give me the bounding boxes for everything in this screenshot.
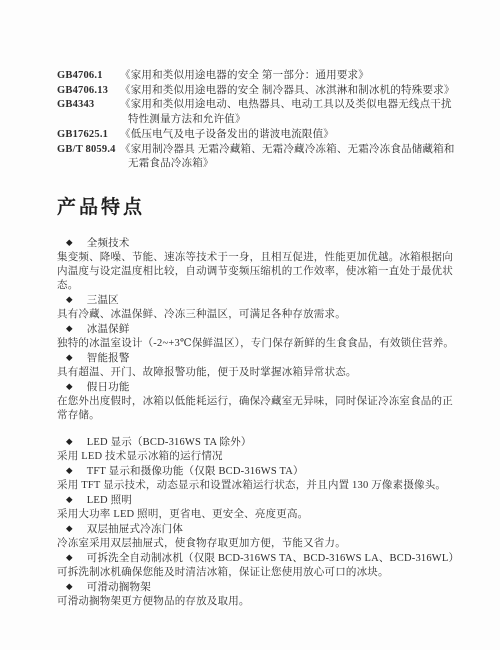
- standard-row: GB4706.1 《家用和类似用途电器的安全 第一部分：通用要求》: [57, 69, 462, 84]
- feature-title: 智能报警: [87, 352, 130, 366]
- feature-heading: ◆ LED 显示（BCD-316WS TA 除外）: [57, 435, 462, 450]
- standard-title: 《低压电气及电子设备发出的谐波电流限值》: [120, 128, 462, 143]
- feature-description: 采用 LED 技术显示冰箱的运行情况: [57, 450, 462, 464]
- feature-item: ◆ 双层抽屉式冷冻门体 冷冻室采用双层抽屉式，使食物存取更加方便，节能又省力。: [57, 522, 462, 551]
- standards-list: GB4706.1 《家用和类似用途电器的安全 第一部分：通用要求》 GB4706…: [57, 69, 462, 172]
- feature-description: 具有冷藏、冰温保鲜、冷冻三种温区，可满足各种存放需求。: [57, 308, 462, 322]
- feature-item: ◆ 可拆洗全自动制冰机（仅限 BCD-316WS TA、BCD-316WS LA…: [57, 551, 462, 580]
- feature-title: 假日功能: [87, 381, 130, 395]
- section-title: 产品特点: [57, 197, 462, 219]
- standard-title: 《家用和类似用途电器的安全 制冷器具、冰淇淋和制冰机的特殊要求》: [120, 84, 462, 99]
- standard-code: GB17625.1: [57, 128, 120, 143]
- feature-heading: ◆ 全频技术: [57, 236, 462, 251]
- feature-heading: ◆ 假日功能: [57, 380, 462, 395]
- standard-code: GB/T 8059.4: [57, 143, 120, 158]
- diamond-bullet-icon: ◆: [66, 579, 73, 593]
- feature-item: ◆ 智能报警 具有超温、开门、故障报警功能，便于及时掌握冰箱异常状态。: [57, 351, 462, 380]
- feature-description: 具有超温、开门、故障报警功能，便于及时掌握冰箱异常状态。: [57, 366, 462, 380]
- standard-row: GB4343 《家用和类似用途电动、电热器具、电动工具以及类似电器无线点干扰特性…: [57, 98, 462, 127]
- standard-code: GB4706.13: [57, 84, 120, 99]
- feature-heading: ◆ 双层抽屉式冷冻门体: [57, 522, 462, 537]
- feature-description: 采用大功率 LED 照明，更省电、更安全、亮度更高。: [57, 508, 462, 522]
- manual-page: GB4706.1 《家用和类似用途电器的安全 第一部分：通用要求》 GB4706…: [0, 0, 500, 650]
- feature-heading: ◆ TFT 显示和摄像功能（仅限 BCD-316WS TA）: [57, 464, 462, 479]
- diamond-bullet-icon: ◆: [66, 434, 73, 448]
- feature-item: ◆ 全频技术 集变频、降噪、节能、速冻等技术于一身，且相互促进，性能更加优越。冰…: [57, 236, 462, 293]
- feature-item: ◆ LED 照明 采用大功率 LED 照明，更省电、更安全、亮度更高。: [57, 493, 462, 522]
- feature-title: 可拆洗全自动制冰机（仅限 BCD-316WS TA、BCD-316WS LA、B…: [87, 552, 459, 566]
- feature-heading: ◆ 三温区: [57, 293, 462, 308]
- feature-heading: ◆ 智能报警: [57, 351, 462, 366]
- feature-description: 冷冻室采用双层抽屉式，使食物存取更加方便，节能又省力。: [57, 537, 462, 551]
- feature-title: 可滑动搁物架: [87, 581, 151, 595]
- feature-description: 可滑动搁物架更方便物品的存放及取用。: [57, 595, 462, 609]
- standard-code: GB4343: [57, 98, 120, 113]
- feature-title: 三温区: [87, 294, 119, 308]
- diamond-bullet-icon: ◆: [66, 321, 73, 335]
- diamond-bullet-icon: ◆: [66, 379, 73, 393]
- feature-description: 在您外出度假时，冰箱以低能耗运行，确保冷藏室无异味，同时保证冷冻室食品的正常存储…: [57, 395, 462, 423]
- feature-title: 冰温保鲜: [87, 323, 130, 337]
- diamond-bullet-icon: ◆: [66, 550, 73, 564]
- diamond-bullet-icon: ◆: [66, 350, 73, 364]
- standard-row: GB17625.1 《低压电气及电子设备发出的谐波电流限值》: [57, 128, 462, 143]
- feature-title: LED 显示（BCD-316WS TA 除外）: [87, 436, 252, 450]
- feature-item: ◆ TFT 显示和摄像功能（仅限 BCD-316WS TA） 采用 TFT 显示…: [57, 464, 462, 493]
- feature-heading: ◆ 可滑动搁物架: [57, 580, 462, 595]
- feature-heading: ◆ LED 照明: [57, 493, 462, 508]
- diamond-bullet-icon: ◆: [66, 235, 73, 249]
- feature-description: 采用 TFT 显示技术，动态显示和设置冰箱运行状态，并且内置 130 万像素摄像…: [57, 479, 462, 493]
- standard-code: GB4706.1: [57, 69, 120, 84]
- feature-item: ◆ 冰温保鲜 独特的冰温室设计（-2~+3℃保鲜温区），专门保存新鲜的生食食品，…: [57, 322, 462, 351]
- feature-title: TFT 显示和摄像功能（仅限 BCD-316WS TA）: [87, 465, 304, 479]
- diamond-bullet-icon: ◆: [66, 521, 73, 535]
- feature-list: ◆ 全频技术 集变频、降噪、节能、速冻等技术于一身，且相互促进，性能更加优越。冰…: [57, 236, 462, 609]
- standard-row: GB/T 8059.4 《家用制冷器具 无霜冷藏箱、无霜冷藏冷冻箱、无霜冷冻食品…: [57, 143, 462, 172]
- feature-item: ◆ LED 显示（BCD-316WS TA 除外） 采用 LED 技术显示冰箱的…: [57, 435, 462, 464]
- feature-item: ◆ 三温区 具有冷藏、冰温保鲜、冷冻三种温区，可满足各种存放需求。: [57, 293, 462, 322]
- standard-title: 《家用和类似用途电动、电热器具、电动工具以及类似电器无线点干扰特性测量方法和允许…: [120, 98, 462, 127]
- feature-heading: ◆ 可拆洗全自动制冰机（仅限 BCD-316WS TA、BCD-316WS LA…: [57, 551, 462, 566]
- feature-item: ◆ 假日功能 在您外出度假时，冰箱以低能耗运行，确保冷藏室无异味，同时保证冷冻室…: [57, 380, 462, 423]
- diamond-bullet-icon: ◆: [66, 492, 73, 506]
- standard-title: 《家用制冷器具 无霜冷藏箱、无霜冷藏冷冻箱、无霜冷冻食品储藏箱和无霜食品冷冻箱》: [120, 143, 462, 172]
- feature-description: 独特的冰温室设计（-2~+3℃保鲜温区），专门保存新鲜的生食食品，有效锁住营养。: [57, 337, 462, 351]
- diamond-bullet-icon: ◆: [66, 292, 73, 306]
- feature-item: ◆ 可滑动搁物架 可滑动搁物架更方便物品的存放及取用。: [57, 580, 462, 609]
- feature-title: 全频技术: [87, 237, 130, 251]
- feature-title: 双层抽屉式冷冻门体: [87, 523, 183, 537]
- diamond-bullet-icon: ◆: [66, 463, 73, 477]
- feature-heading: ◆ 冰温保鲜: [57, 322, 462, 337]
- feature-description: 集变频、降噪、节能、速冻等技术于一身，且相互促进，性能更加优越。冰箱根据向内温度…: [57, 251, 462, 293]
- feature-title: LED 照明: [87, 494, 132, 508]
- standard-title: 《家用和类似用途电器的安全 第一部分：通用要求》: [120, 69, 462, 84]
- feature-description: 可拆洗制冰机确保您能及时清洁冰箱，保证让您使用放心可口的冰块。: [57, 566, 462, 580]
- standard-row: GB4706.13 《家用和类似用途电器的安全 制冷器具、冰淇淋和制冰机的特殊要…: [57, 84, 462, 99]
